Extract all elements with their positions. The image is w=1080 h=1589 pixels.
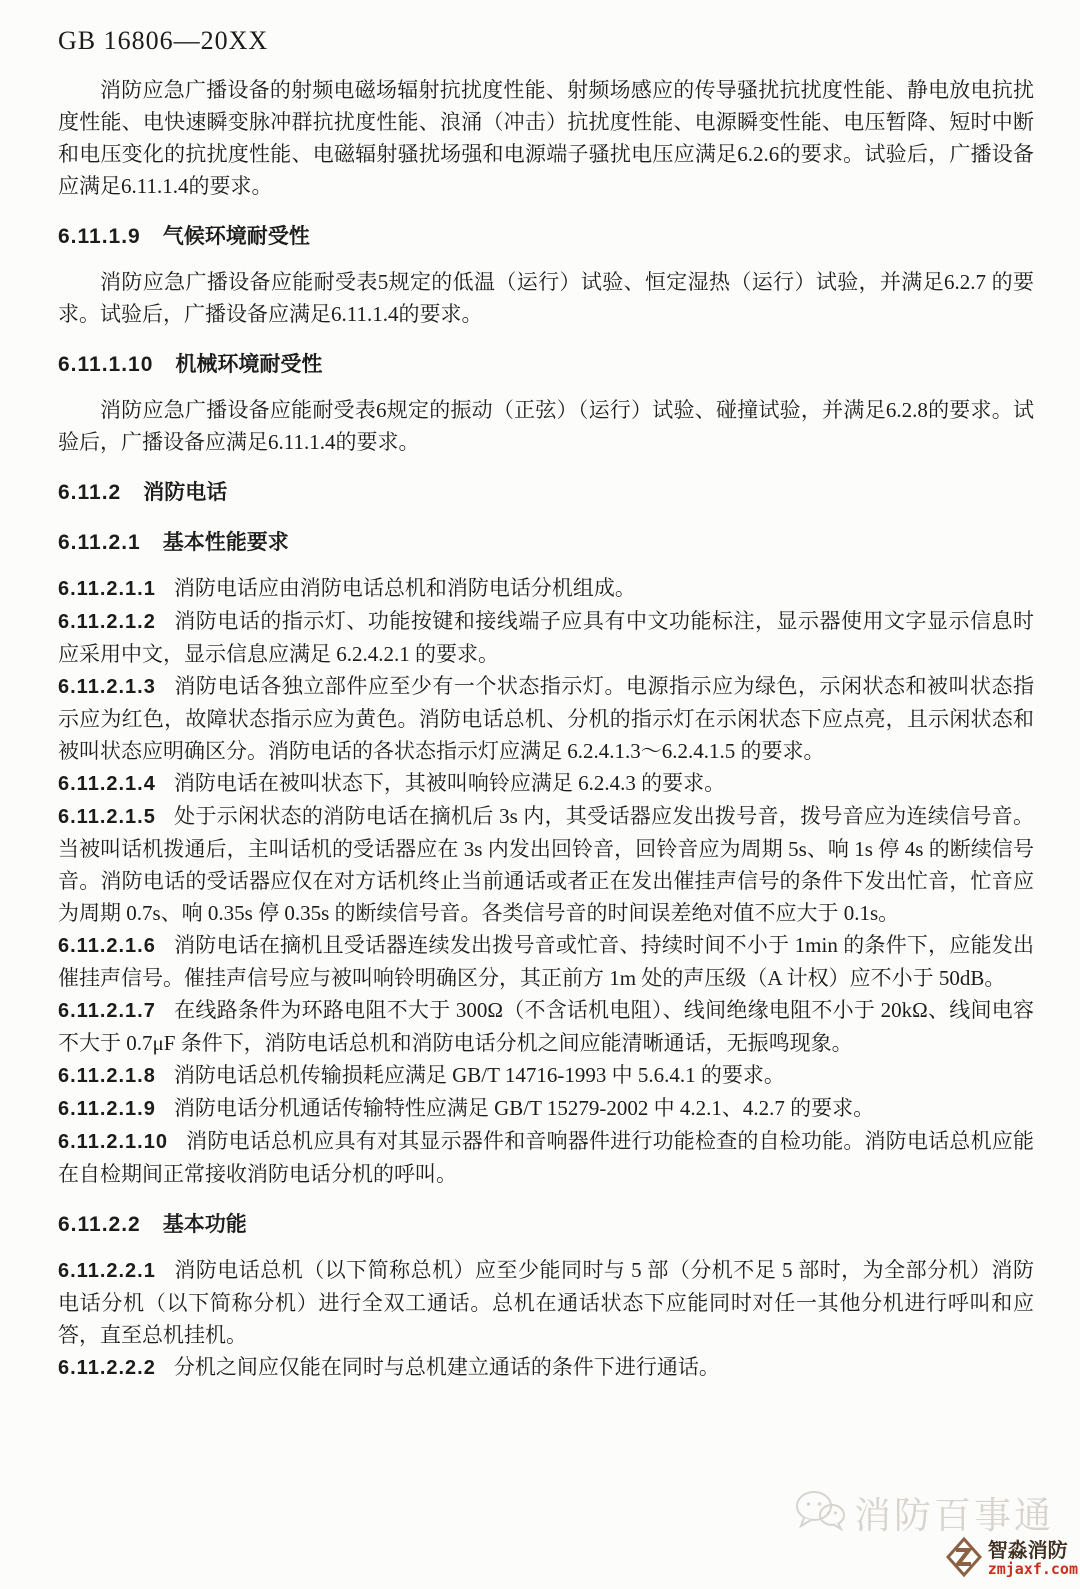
clause-text: 处于示闲状态的消防电话在摘机后 3s 内，其受话器应发出拨号音，拨号音应为连续信… — [58, 804, 1034, 925]
clause-text: 消防电话总机应具有对其显示器件和音响器件进行功能检查的自检功能。消防电话总机应能… — [58, 1129, 1034, 1186]
clause-6-11-2-1-6: 6.11.2.1.6消防电话在摘机且受话器连续发出拨号音或忙音、持续时间不小于 … — [58, 929, 1034, 994]
section-title: 消防电话 — [143, 481, 227, 504]
clause-6-11-2-1-3: 6.11.2.1.3消防电话各独立部件应至少有一个状态指示灯。电源指示应为绿色，… — [58, 670, 1034, 767]
document-page: GB 16806—20XX 消防应急广播设备的射频电磁场辐射抗扰度性能、射频场感… — [0, 0, 1080, 1589]
clause-6-11-2-1-9: 6.11.2.1.9消防电话分机通话传输特性应满足 GB/T 15279-200… — [58, 1092, 1034, 1125]
section-number: 6.11.2 — [58, 481, 121, 504]
section-heading-6-11-2-1: 6.11.2.1基本性能要求 — [58, 528, 1034, 558]
clause-text: 消防电话分机通话传输特性应满足 GB/T 15279-2002 中 4.2.1、… — [174, 1096, 874, 1120]
section-title: 基本性能要求 — [163, 531, 289, 554]
clause-number: 6.11.2.1.3 — [58, 676, 156, 698]
paragraph: 消防应急广播设备的射频电磁场辐射抗扰度性能、射频场感应的传导骚扰抗扰度性能、静电… — [58, 74, 1034, 202]
clause-6-11-2-1-2: 6.11.2.1.2消防电话的指示灯、功能按键和接线端子应具有中文功能标注，显示… — [58, 605, 1034, 670]
vendor-url: zmjaxf.com — [988, 1562, 1078, 1578]
clause-6-11-2-1-8: 6.11.2.1.8消防电话总机传输损耗应满足 GB/T 14716-1993 … — [58, 1059, 1034, 1092]
clause-number: 6.11.2.1.4 — [58, 773, 156, 795]
paragraph: 消防应急广播设备应能耐受表5规定的低温（运行）试验、恒定湿热（运行）试验，并满足… — [58, 266, 1034, 330]
section-number: 6.11.1.10 — [58, 353, 153, 376]
clause-number: 6.11.2.2.1 — [58, 1260, 156, 1282]
section-number: 6.11.2.2 — [58, 1213, 141, 1236]
clause-number: 6.11.2.1.7 — [58, 1000, 156, 1022]
clause-number: 6.11.2.1.6 — [58, 935, 156, 957]
clause-number: 6.11.2.1.8 — [58, 1065, 156, 1087]
clause-text: 消防电话在被叫状态下，其被叫响铃应满足 6.2.4.3 的要求。 — [174, 771, 725, 795]
clause-number: 6.11.2.1.1 — [58, 578, 156, 600]
clause-text: 消防电话各独立部件应至少有一个状态指示灯。电源指示应为绿色，示闲状态和被叫状态指… — [58, 674, 1034, 763]
clause-number: 6.11.2.1.9 — [58, 1098, 156, 1120]
clause-text: 消防电话总机（以下简称总机）应至少能同时与 5 部（分机不足 5 部时，为全部分… — [58, 1258, 1034, 1347]
section-heading-6-11-1-10: 6.11.1.10机械环境耐受性 — [58, 350, 1034, 380]
clause-text: 消防电话的指示灯、功能按键和接线端子应具有中文功能标注，显示器使用文字显示信息时… — [58, 609, 1034, 666]
section-title: 气候环境耐受性 — [163, 225, 310, 248]
section-heading-6-11-2-2: 6.11.2.2基本功能 — [58, 1210, 1034, 1240]
diamond-logo-icon — [945, 1536, 983, 1583]
chat-bubbles-icon — [794, 1489, 846, 1536]
section-title: 基本功能 — [163, 1213, 247, 1236]
clause-number: 6.11.2.2.2 — [58, 1357, 156, 1379]
watermark-brand-text: 消防百事通 — [854, 1485, 1054, 1539]
paragraph: 消防应急广播设备应能耐受表6规定的振动（正弦）（运行）试验、碰撞试验，并满足6.… — [58, 394, 1034, 458]
clause-text: 在线路条件为环路电阻不大于 300Ω（不含话机电阻）、线间绝缘电阻不小于 20k… — [58, 998, 1034, 1055]
watermark-brand: 消防百事通 — [794, 1485, 1054, 1539]
clause-6-11-2-1-1: 6.11.2.1.1消防电话应由消防电话总机和消防电话分机组成。 — [58, 572, 1034, 605]
page-content: GB 16806—20XX 消防应急广播设备的射频电磁场辐射抗扰度性能、射频场感… — [0, 0, 1080, 1384]
clause-text: 分机之间应仅能在同时与总机建立通话的条件下进行通话。 — [174, 1355, 720, 1379]
section-title: 机械环境耐受性 — [175, 353, 322, 376]
clause-text: 消防电话总机传输损耗应满足 GB/T 14716-1993 中 5.6.4.1 … — [174, 1063, 785, 1087]
clause-number: 6.11.2.1.10 — [58, 1131, 168, 1153]
clause-6-11-2-1-10: 6.11.2.1.10消防电话总机应具有对其显示器件和音响器件进行功能检查的自检… — [58, 1125, 1034, 1190]
section-heading-6-11-2: 6.11.2消防电话 — [58, 478, 1034, 508]
clause-6-11-2-1-4: 6.11.2.1.4消防电话在被叫状态下，其被叫响铃应满足 6.2.4.3 的要… — [58, 767, 1034, 800]
clause-text: 消防电话应由消防电话总机和消防电话分机组成。 — [174, 576, 636, 600]
section-heading-6-11-1-9: 6.11.1.9气候环境耐受性 — [58, 222, 1034, 252]
section-number: 6.11.2.1 — [58, 531, 141, 554]
section-number: 6.11.1.9 — [58, 225, 141, 248]
clause-number: 6.11.2.1.5 — [58, 806, 156, 828]
vendor-logo: 智淼消防 zmjaxf.com — [945, 1536, 1078, 1583]
clause-number: 6.11.2.1.2 — [58, 611, 156, 633]
clause-6-11-2-1-7: 6.11.2.1.7在线路条件为环路电阻不大于 300Ω（不含话机电阻）、线间绝… — [58, 994, 1034, 1059]
vendor-name: 智淼消防 — [988, 1541, 1078, 1562]
clause-text: 消防电话在摘机且受话器连续发出拨号音或忙音、持续时间不小于 1min 的条件下，… — [58, 933, 1034, 990]
clause-6-11-2-1-5: 6.11.2.1.5处于示闲状态的消防电话在摘机后 3s 内，其受话器应发出拨号… — [58, 800, 1034, 929]
clause-6-11-2-2-2: 6.11.2.2.2分机之间应仅能在同时与总机建立通话的条件下进行通话。 — [58, 1351, 1034, 1384]
doc-number: GB 16806—20XX — [58, 26, 1034, 56]
clause-6-11-2-2-1: 6.11.2.2.1消防电话总机（以下简称总机）应至少能同时与 5 部（分机不足… — [58, 1254, 1034, 1351]
